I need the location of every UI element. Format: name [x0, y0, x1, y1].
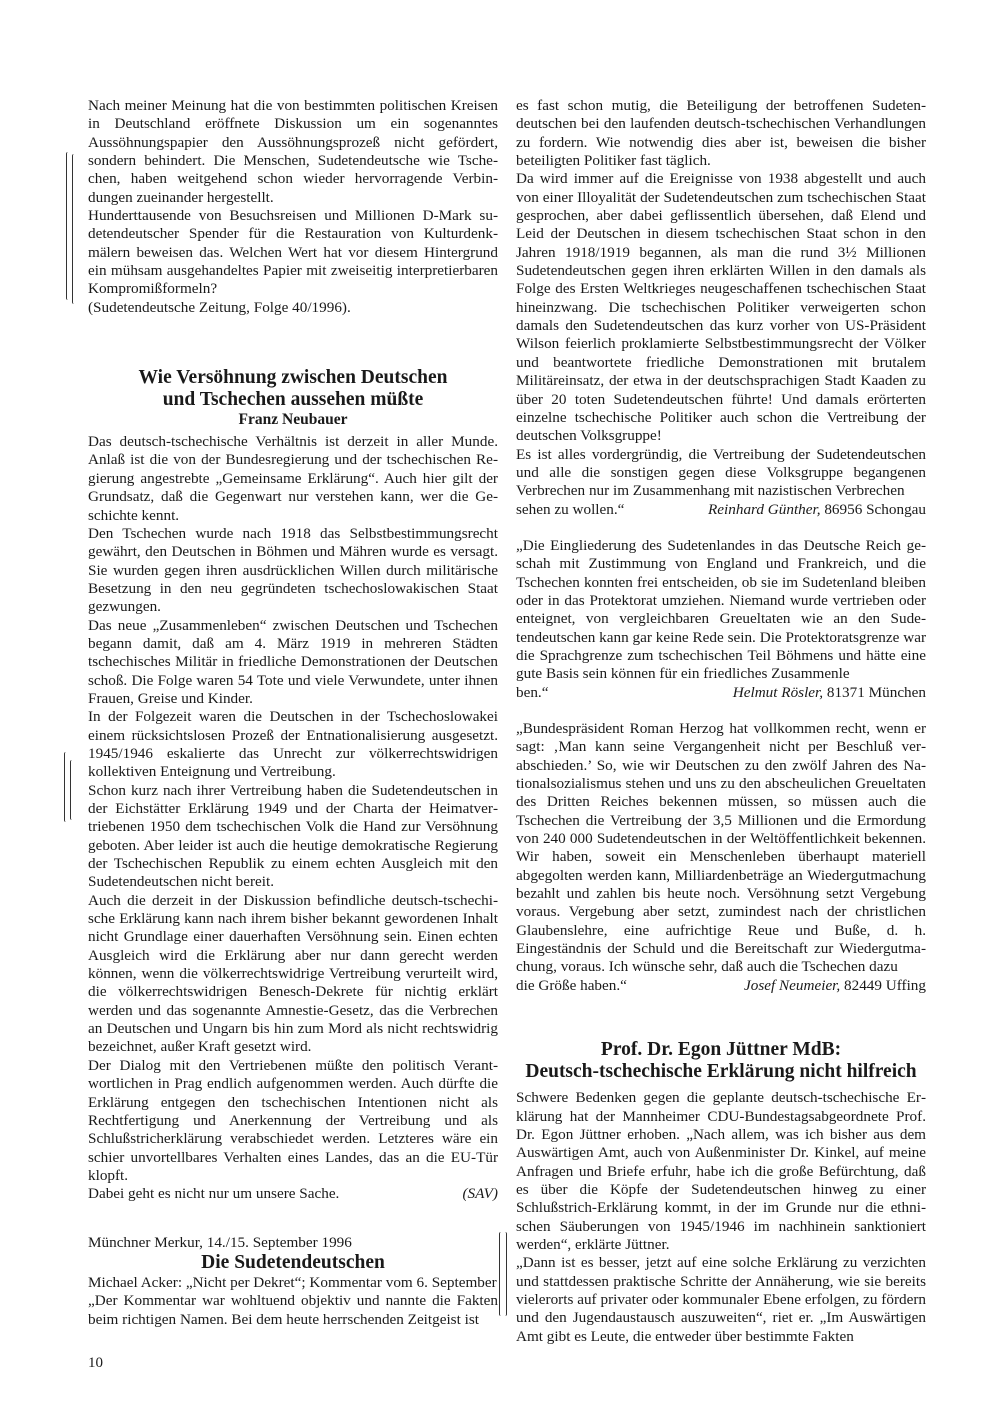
letter-paragraph: „Bundespräsident Roman Herzog hat vollko… — [516, 720, 926, 977]
article-paragraph: Der Dialog mit den Vertriebenen müßte de… — [88, 1057, 498, 1185]
margin-mark-left-top — [66, 152, 71, 300]
article-title-line-1: Prof. Dr. Egon Jüttner MdB: — [601, 1039, 841, 1060]
letter-signature: sehen zu wollen.“ Reinhard Günther, 8695… — [516, 501, 926, 519]
article-closing: Dabei geht es nicht nur um unsere Sache.… — [88, 1185, 498, 1203]
article-title: Wie Versöhnung zwischen Deutschen und Ts… — [88, 367, 498, 411]
letter-author: Reinhard Günther, — [708, 501, 821, 518]
article-paragraph: In der Folgezeit waren die Deutschen in … — [88, 708, 498, 781]
closing-text: Dabei geht es nicht nur um unsere Sache. — [88, 1185, 339, 1203]
margin-mark-left-mid-2 — [70, 760, 74, 820]
article-paragraph: Schwere Bedenken gegen die geplante deut… — [516, 1089, 926, 1254]
letter-reference: Michael Acker: „Nicht per Dekret“; Komme… — [88, 1274, 498, 1292]
letter-place: 86956 Schongau — [824, 501, 926, 518]
letter-place: 81371 München — [827, 684, 926, 701]
letter-end: ben.“ — [516, 684, 548, 702]
letter-paragraph: „Der Kommentar war wohltuend objektiv un… — [88, 1292, 498, 1329]
letter-end: die Größe haben.“ — [516, 977, 627, 995]
newspaper-source-line: Münchner Merkur, 14./15. September 1996 — [88, 1234, 498, 1252]
intro-paragraph: Nach meiner Meinung hat die von bestimmt… — [88, 97, 498, 207]
article-author: Franz Neubauer — [88, 411, 498, 429]
letter-author-block: Josef Neumeier, 82449 Uffing — [744, 977, 926, 995]
letter-place: 82449 Uffing — [844, 977, 926, 994]
page-number: 10 — [88, 1355, 103, 1372]
letter-signature: ben.“ Helmut Rösler, 81371 München — [516, 684, 926, 702]
margin-mark-right-bottom — [499, 1232, 507, 1316]
letter-author-block: Helmut Rösler, 81371 München — [733, 684, 926, 702]
article-title-line-2: Deutsch-tschechische Erklärung nicht hil… — [525, 1061, 916, 1082]
letter-author: Josef Neumeier, — [744, 977, 840, 994]
closing-source: (SAV) — [462, 1185, 498, 1203]
letter-paragraph: „Die Eingliederung des Sudetenlandes in … — [516, 537, 926, 684]
article-paragraph: Das deutsch-tschechische Verhältnis ist … — [88, 433, 498, 525]
article-title-line-1: Wie Versöhnung zwischen Deutschen — [139, 367, 448, 388]
article-paragraph: Schon kurz nach ihrer Vertreibung haben … — [88, 782, 498, 892]
letter-paragraph: Es ist alles vordergründig, die Vertreib… — [516, 446, 926, 501]
article-paragraph: Das neue „Zusammenleben“ zwischen Deutsc… — [88, 617, 498, 709]
letter-author: Helmut Rösler, — [733, 684, 823, 701]
letter-paragraph: Da wird immer auf die Ereignisse von 193… — [516, 170, 926, 445]
article-paragraph: „Dann ist es besser, jetzt auf eine solc… — [516, 1254, 926, 1346]
article-paragraph: Auch die derzeit in der Diskussion befin… — [88, 892, 498, 1057]
margin-mark-left-top-2 — [72, 154, 77, 304]
letter-author-block: Reinhard Günther, 86956 Schongau — [708, 501, 926, 519]
intro-paragraph: Hunderttausende von Besuchsreisen und Mi… — [88, 207, 498, 299]
intro-source: (Sudetendeutsche Zeitung, Folge 40/1996)… — [88, 299, 498, 317]
letter-end: sehen zu wollen.“ — [516, 501, 624, 519]
left-column: Nach meiner Meinung hat die von bestimmt… — [88, 97, 498, 1329]
margin-mark-left-mid — [64, 752, 68, 822]
article-title: Prof. Dr. Egon Jüttner MdB: Deutsch-tsch… — [516, 1039, 926, 1083]
article-title-line-2: und Tschechen aussehen müßte — [163, 389, 424, 410]
letter-paragraph: es fast schon mutig, die Beteiligung der… — [516, 97, 926, 170]
article-title-sudetendeutschen: Die Sudetendeutschen — [88, 1252, 498, 1274]
letter-signature: die Größe haben.“ Josef Neumeier, 82449 … — [516, 977, 926, 995]
article-paragraph: Den Tschechen wurde nach 1918 das Selbst… — [88, 525, 498, 617]
right-column: es fast schon mutig, die Beteiligung der… — [516, 97, 926, 1346]
